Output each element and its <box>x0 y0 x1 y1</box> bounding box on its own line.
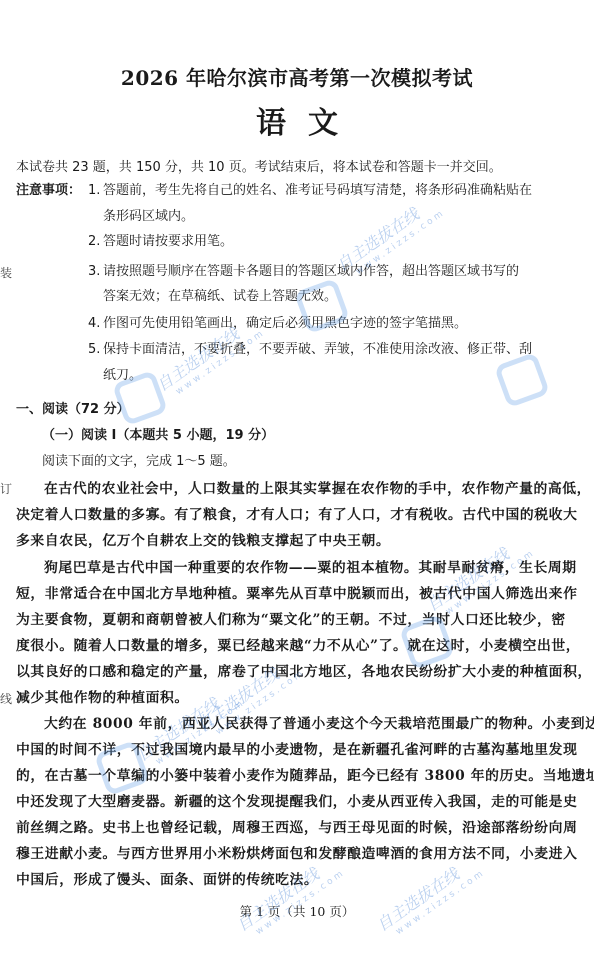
passage-line: 中还发现了大型磨麦器。新疆的这个发现提醒我们，小麦从西亚传入我国，走的可能是史 <box>16 794 577 810</box>
page-number: 第 1 页（共 10 页） <box>0 902 594 920</box>
passage-line: 减少其他作物的种植面积。 <box>16 690 189 706</box>
binding-margin-char: 装 <box>0 264 12 281</box>
passage-line: 中国后，形成了馒头、面条、面饼的传统吃法。 <box>16 872 318 888</box>
passage-line: 狗尾巴草是古代中国一种重要的农作物——粟的祖本植物。其耐旱耐贫瘠，生长周期 <box>44 560 577 576</box>
watermark: 自主选拔在线www.zizzs.com <box>231 849 347 944</box>
exam-page: 2026 年哈尔滨市高考第一次模拟考试 语文 本试卷共 23 题，共 150 分… <box>0 0 594 969</box>
section-instruction: 阅读下面的文字，完成 1～5 题。 <box>42 454 236 470</box>
watermark-logo-icon <box>494 352 550 408</box>
subject-title: 语文 <box>0 98 594 142</box>
exam-title: 2026 年哈尔滨市高考第一次模拟考试 <box>0 62 594 91</box>
passage-line: 穆王进献小麦。与西方世界用小米粉烘烤面包和发酵酿造啤酒的食用方法不同，小麦进入 <box>16 846 577 862</box>
passage-line: 多来自农民，亿万个自耕农上交的钱粮支撑起了中央王朝。 <box>16 533 390 549</box>
binding-margin-char: 线 <box>0 690 12 707</box>
passage-line: 短，非常适合在中国北方旱地种植。粟率先从百草中脱颖而出，被古代中国人筛选出来作 <box>16 586 577 602</box>
passage-line: 度很小。随着人口数量的增多，粟已经越来越“力不从心”了。就在这时，小麦横空出世， <box>16 638 580 654</box>
section-heading: 一、阅读（72 分） <box>16 402 130 418</box>
passage-line: 以其良好的口感和稳定的产量，席卷了中国北方地区，各地农民纷纷扩大小麦的种植面积， <box>16 664 592 680</box>
binding-margin-char: 订 <box>0 480 12 497</box>
note-2-num: 2. <box>88 234 100 250</box>
watermark: 自主选拔在线www.zizzs.com <box>421 529 537 624</box>
note-3-num: 3. <box>88 264 100 280</box>
watermark: 自主选拔在线www.zizzs.com <box>371 849 487 944</box>
note-2-line-1: 答题时请按要求用笔。 <box>103 234 233 250</box>
note-4-num: 4. <box>88 316 100 332</box>
passage-line: 为主要食物，夏朝和商朝曾被人们称为“粟文化”的王朝。不过，当时人口还比较少，密 <box>16 612 566 628</box>
note-1-num: 1. <box>88 183 100 199</box>
passage-line: 决定着人口数量的多寡。有了粮食，才有人口；有了人口，才有税收。古代中国的税收大 <box>16 507 577 523</box>
note-5-num: 5. <box>88 342 100 358</box>
passage-line: 在古代的农业社会中，人口数量的上限其实掌握在农作物的手中，农作物产量的高低， <box>44 481 591 497</box>
note-3-line-1: 请按照题号顺序在答题卡各题目的答题区域内作答，超出答题区域书写的 <box>103 264 519 280</box>
passage-line: 大约在 8000 年前，西亚人民获得了普通小麦这个今天栽培范围最广的物种。小麦到… <box>44 716 594 732</box>
note-1-line-1: 答题前，考生先将自己的姓名、准考证号码填写清楚，将条形码准确粘贴在 <box>103 183 532 199</box>
notes-label: 注意事项： <box>16 183 81 199</box>
note-4-line-1: 作图可先使用铅笔画出，确定后必须用黑色字迹的签字笔描黑。 <box>103 316 467 332</box>
passage-line: 前丝绸之路。史书上也曾经记载，周穆王西巡，与西王母见面的时候，沿途部落纷纷向周 <box>16 820 577 836</box>
note-5-line-1: 保持卡面清洁，不要折叠，不要弄破、弄皱，不准使用涂改液、修正带、刮 <box>103 342 532 358</box>
note-1-line-2: 条形码区域内。 <box>103 209 194 225</box>
section-subheading: （一）阅读 I（本题共 5 小题，19 分） <box>42 428 274 444</box>
intro-text: 本试卷共 23 题，共 150 分，共 10 页。考试结束后，将本试卷和答题卡一… <box>16 160 502 176</box>
